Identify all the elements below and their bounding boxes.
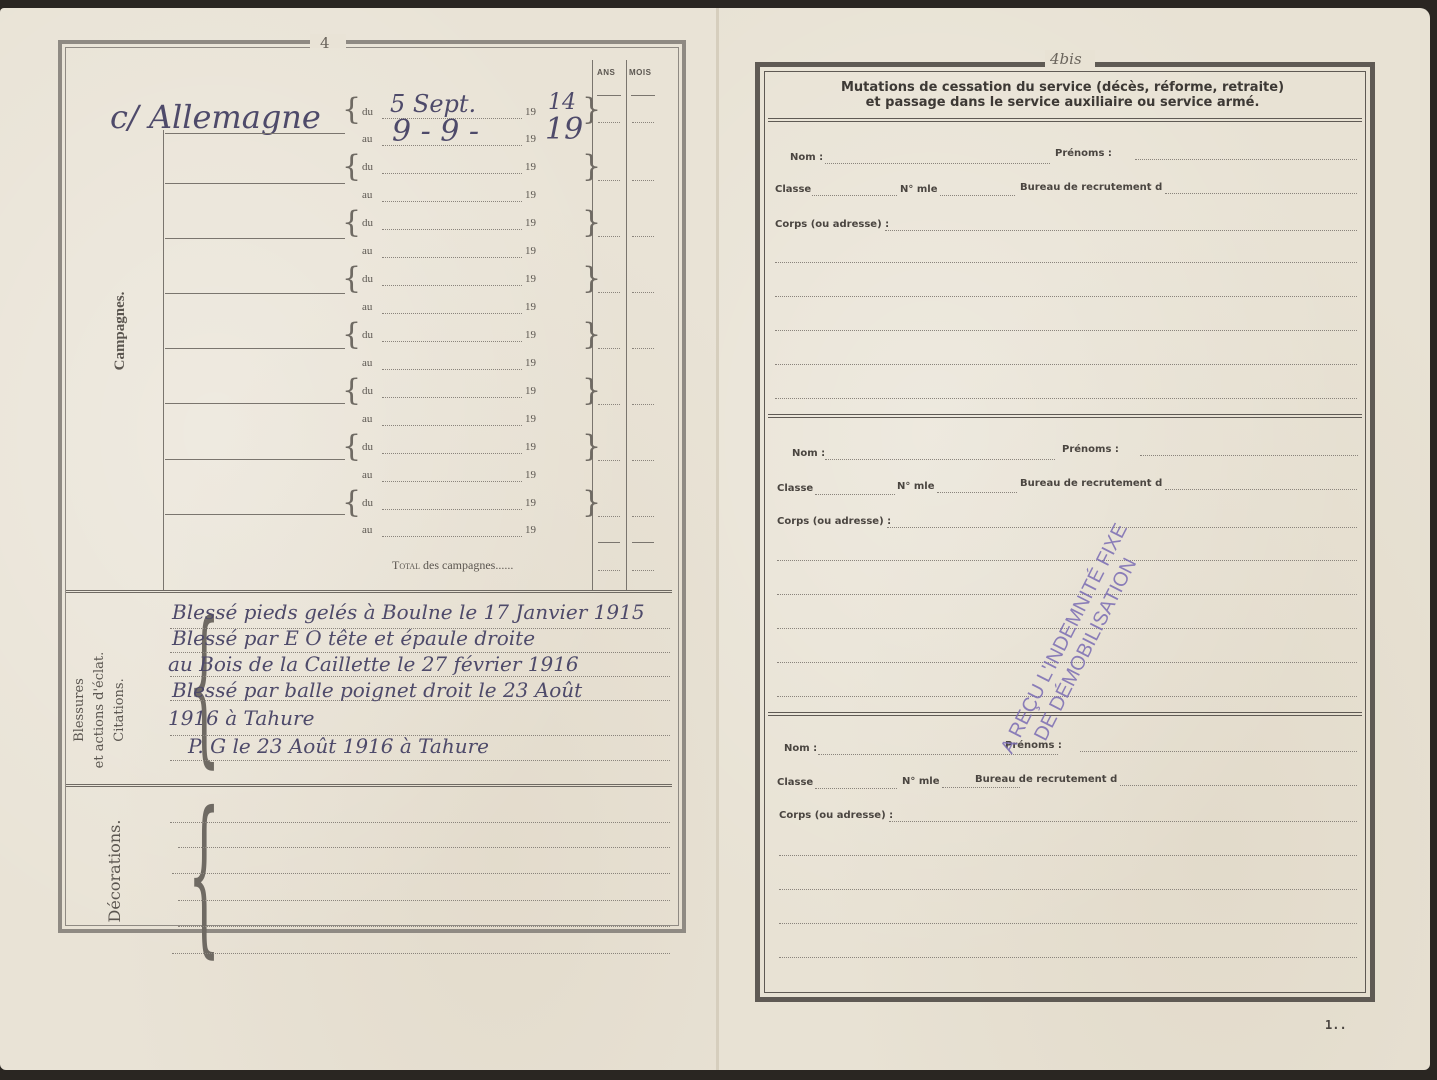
blessure-line-3: au Bois de la Caillette le 27 février 19… (168, 652, 579, 676)
brace: } (582, 95, 601, 125)
corps-line[interactable] (775, 330, 1357, 331)
corps-line[interactable] (779, 923, 1357, 924)
date-line (382, 397, 522, 398)
blessure-line-1: Blessé pieds gelés à Boulne le 17 Janvie… (172, 600, 645, 624)
ans-value-line (598, 460, 620, 461)
theatre-line (165, 459, 345, 460)
prenoms-label: Prénoms : (1055, 148, 1112, 159)
nom-label: Nom : (784, 743, 817, 754)
au-year-value: 19 (545, 112, 583, 147)
date-line (382, 313, 522, 314)
date-line (382, 481, 522, 482)
ans-header: ANS (597, 68, 615, 77)
blessure-line-4: Blessé par balle poignet droit le 23 Aoû… (172, 678, 582, 702)
ans-value-line (598, 236, 620, 237)
date-line (382, 229, 522, 230)
decorations-brace: { (188, 790, 220, 960)
corps-field[interactable] (889, 821, 1357, 822)
du-label: du (362, 329, 373, 341)
du-label: du (362, 273, 373, 285)
decoration-line (172, 873, 670, 874)
date-line (382, 369, 522, 370)
classe-label: Classe (777, 777, 813, 788)
classe-label: Classe (775, 184, 811, 195)
section-divider (66, 784, 672, 787)
nom-label: Nom : (792, 448, 825, 459)
decoration-line (170, 822, 670, 823)
au-label: au (362, 413, 372, 425)
prenoms-field[interactable] (1140, 455, 1358, 456)
decorations-label: Décorations. (104, 796, 126, 946)
total-ans-value (598, 570, 620, 571)
mois-value-line (632, 180, 654, 181)
nom-label: Nom : (790, 152, 823, 163)
mois-sum-line (632, 542, 654, 543)
blessure-line-5: 1916 à Tahure (168, 706, 314, 730)
decoration-line (178, 900, 670, 901)
date-line (382, 285, 522, 286)
text-line (170, 676, 670, 677)
matricule-field[interactable] (937, 492, 1017, 493)
mois-value-line (632, 404, 654, 405)
ans-value-line (598, 292, 620, 293)
du-label: du (362, 217, 373, 229)
corps-line[interactable] (779, 855, 1357, 856)
citation-line: P. G le 23 Août 1916 à Tahure (188, 734, 489, 758)
mois-value-line (632, 236, 654, 237)
du-label: du (362, 161, 373, 173)
theatre-underline (165, 133, 345, 134)
classe-label: Classe (777, 483, 813, 494)
book-spine (716, 8, 719, 1070)
blessures-label: Blessures et actions d'éclat. Citations. (70, 610, 130, 810)
section-divider (66, 590, 672, 593)
year-prefix: 19 (525, 441, 536, 453)
classe-field[interactable] (815, 788, 897, 789)
date-line (382, 509, 522, 510)
campaign-theatre: c/ Allemagne (110, 98, 321, 136)
year-prefix: 19 (525, 133, 536, 145)
mois-header: MOIS (629, 68, 651, 77)
ans-value-line (598, 180, 620, 181)
au-label: au (362, 357, 372, 369)
label-column-divider (163, 130, 164, 590)
theatre-line (165, 293, 345, 294)
date-line (382, 453, 522, 454)
theatre-line (165, 514, 345, 515)
prenoms-field[interactable] (1080, 751, 1357, 752)
ans-value-line (598, 122, 620, 123)
corps-field[interactable] (885, 230, 1357, 231)
ans-sum-line (598, 542, 620, 543)
bureau-field[interactable] (1165, 489, 1357, 490)
year-prefix: 19 (525, 385, 536, 397)
right-page-frame (755, 62, 1375, 1002)
mois-underline (631, 95, 655, 96)
au-label: au (362, 301, 372, 313)
ans-value-line (598, 348, 620, 349)
classe-field[interactable] (815, 494, 895, 495)
du-label: du (362, 497, 373, 509)
bureau-field[interactable] (1165, 193, 1357, 194)
nom-field[interactable] (825, 459, 1055, 460)
du-label: du (362, 441, 373, 453)
classe-field[interactable] (812, 195, 897, 196)
year-prefix: 19 (525, 329, 536, 341)
page-number-left: 4 (320, 34, 330, 52)
au-label: au (362, 524, 372, 536)
prenoms-field[interactable] (1135, 159, 1357, 160)
corps-label: Corps (ou adresse) : (777, 516, 891, 527)
bureau-field[interactable] (1120, 785, 1357, 786)
matricule-label: N° mle (897, 481, 934, 492)
au-label: au (362, 189, 372, 201)
date-line (382, 201, 522, 202)
year-prefix: 19 (525, 301, 536, 313)
prenoms-label: Prénoms : (1062, 444, 1119, 455)
brace: { (342, 95, 361, 125)
year-prefix: 19 (525, 497, 536, 509)
date-line (382, 257, 522, 258)
au-date-value: 9 - 9 - (392, 114, 479, 149)
mois-value-line (632, 460, 654, 461)
date-line (382, 536, 522, 537)
total-mois-value (632, 570, 654, 571)
au-label: au (362, 133, 372, 145)
year-prefix: 19 (525, 189, 536, 201)
total-campagnes-label: Total des campagnes...... (392, 558, 513, 573)
year-prefix: 19 (525, 524, 536, 536)
year-prefix: 19 (525, 217, 536, 229)
corps-line[interactable] (775, 398, 1357, 399)
matricule-label: N° mle (900, 184, 937, 195)
text-line (170, 760, 670, 761)
corps-label: Corps (ou adresse) : (775, 219, 889, 230)
year-prefix: 19 (525, 469, 536, 481)
right-page-title: Mutations de cessation du service (décès… (770, 80, 1355, 110)
campagnes-label: Campagnes. (109, 271, 131, 391)
year-prefix: 19 (525, 413, 536, 425)
ans-value-line (598, 404, 620, 405)
date-line (382, 173, 522, 174)
mois-value-line (632, 122, 654, 123)
year-prefix: 19 (525, 357, 536, 369)
date-line (382, 341, 522, 342)
block-divider (768, 414, 1362, 418)
matricule-label: N° mle (902, 776, 939, 787)
nom-field[interactable] (825, 163, 1050, 164)
mois-value-line (632, 348, 654, 349)
year-prefix: 19 (525, 245, 536, 257)
theatre-line (165, 183, 345, 184)
ans-value-line (598, 516, 620, 517)
blessure-line-2: Blessé par E O tête et épaule droite (172, 626, 535, 650)
du-label: du (362, 385, 373, 397)
corps-line[interactable] (775, 262, 1357, 263)
mois-value-line (632, 292, 654, 293)
corps-line[interactable] (779, 957, 1357, 958)
year-prefix: 19 (525, 273, 536, 285)
corps-line[interactable] (777, 594, 1357, 595)
date-line (382, 425, 522, 426)
mois-value-line (632, 516, 654, 517)
title-divider (768, 118, 1362, 122)
du-label: du (362, 106, 373, 118)
theatre-line (165, 348, 345, 349)
footer-signature-mark: 1.. (1325, 1018, 1347, 1032)
bureau-label: Bureau de recrutement d (1020, 182, 1162, 193)
corps-line[interactable] (775, 364, 1357, 365)
corps-label: Corps (ou adresse) : (779, 810, 893, 821)
year-prefix: 19 (525, 161, 536, 173)
matricule-field[interactable] (940, 195, 1015, 196)
year-prefix: 19 (525, 106, 536, 118)
decoration-line (178, 926, 670, 927)
mois-column-divider (626, 60, 627, 590)
theatre-line (165, 238, 345, 239)
decoration-line (178, 847, 670, 848)
corps-line[interactable] (777, 560, 1357, 561)
theatre-line (165, 403, 345, 404)
corps-line[interactable] (779, 889, 1357, 890)
page-number-right: 4bis (1050, 50, 1082, 68)
corps-line[interactable] (775, 296, 1357, 297)
au-label: au (362, 469, 372, 481)
au-label: au (362, 245, 372, 257)
decoration-line (172, 953, 670, 954)
